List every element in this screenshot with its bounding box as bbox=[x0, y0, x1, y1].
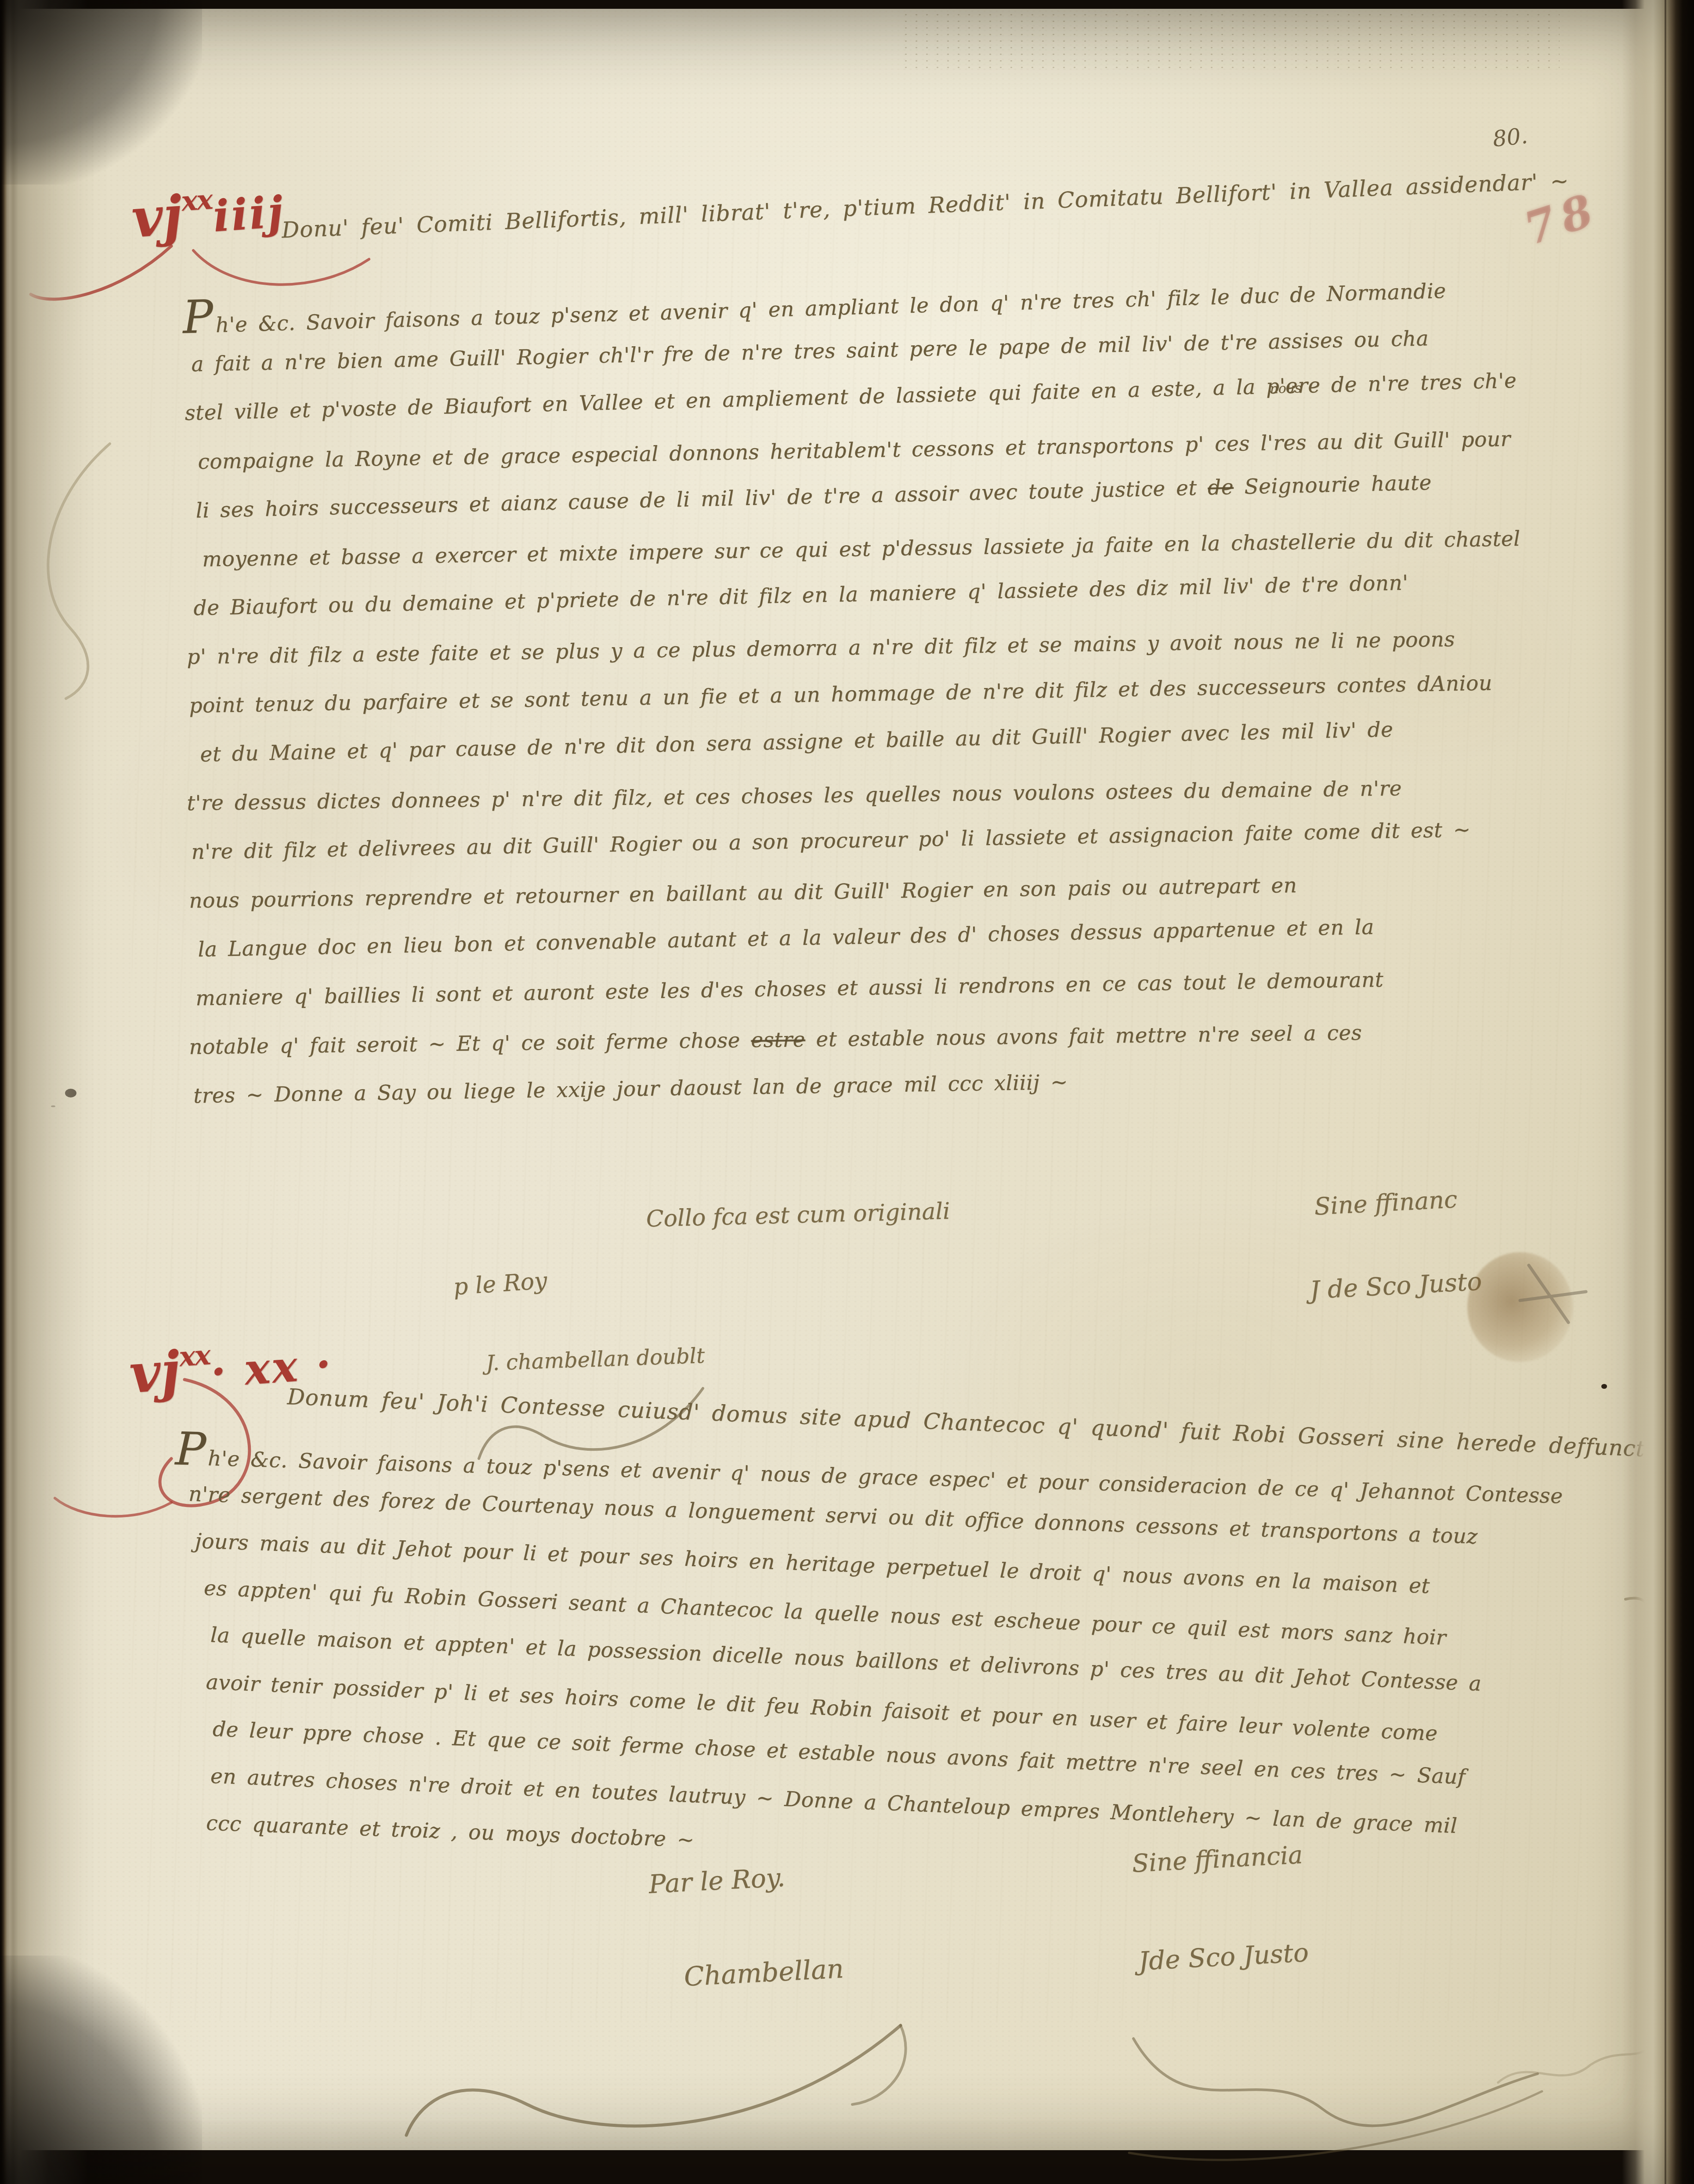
entry2-number-superscript: xx bbox=[178, 1339, 211, 1373]
folio-number: 80. bbox=[1491, 123, 1529, 152]
interlinear-insertion: nous bbox=[1270, 380, 1302, 397]
entry1-number-base: vj bbox=[130, 183, 185, 250]
entry2-number-base: vj bbox=[127, 1339, 182, 1405]
struck-word: de bbox=[1207, 475, 1234, 500]
entry1-number-superscript: xx bbox=[180, 183, 213, 217]
struck-word: estre bbox=[751, 1028, 805, 1053]
entry1-margin-number: vjxxiiij bbox=[130, 176, 286, 250]
line-text: Seignourie haute bbox=[1233, 471, 1432, 499]
manuscript-photo: 80. 78 vjxxiiij Donu' feu' Comiti Bellif… bbox=[0, 0, 1694, 2184]
entry1-number-rest: iiij bbox=[211, 187, 286, 242]
